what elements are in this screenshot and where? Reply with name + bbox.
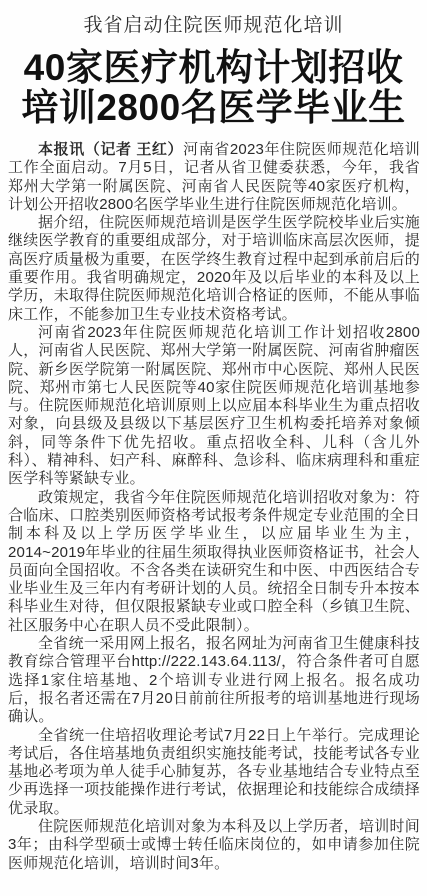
article-headline: 40家医疗机构计划招收 培训2800名医学毕业生	[4, 48, 423, 128]
newspaper-article-page: 我省启动住院医师规范化培训 40家医疗机构计划招收 培训2800名医学毕业生 本…	[0, 0, 427, 896]
paragraph-3: 河南省2023年住院医师规范化培训工作计划招收2800人，河南省人民医院、郑州大…	[8, 324, 420, 489]
headline-line-2: 培训2800名医学毕业生	[4, 88, 423, 128]
article-kicker: 我省启动住院医师规范化培训	[10, 14, 417, 38]
article-body: 本报讯（记者 王红）河南省2023年住院医师规范化培训工作全面启动。7月5日，记…	[8, 141, 420, 873]
paragraph-4: 政策规定，我省今年住院医师规范化培训招收对象为：符合临床、口腔类别医师资格考试报…	[8, 489, 420, 635]
paragraph-5: 全省统一采用网上报名，报名网址为河南省卫生健康科技教育综合管理平台http://…	[8, 635, 420, 726]
byline-lead: 本报讯（记者 王红）	[38, 141, 183, 158]
paragraph-1: 本报讯（记者 王红）河南省2023年住院医师规范化培训工作全面启动。7月5日，记…	[8, 141, 420, 214]
paragraph-2: 据介绍，住院医师规范培训是医学生医学院校毕业后实施继续医学教育的重要组成部分，对…	[8, 214, 420, 324]
paragraph-6: 全省统一住培招收理论考试7月22日上午举行。完成理论考试后，各住培基地负责组织实…	[8, 727, 420, 818]
paragraph-7: 住院医师规范化培训对象为本科及以上学历者，培训时间3年；由科学型硕士或博士转任临…	[8, 818, 420, 873]
headline-line-1: 40家医疗机构计划招收	[4, 48, 423, 88]
